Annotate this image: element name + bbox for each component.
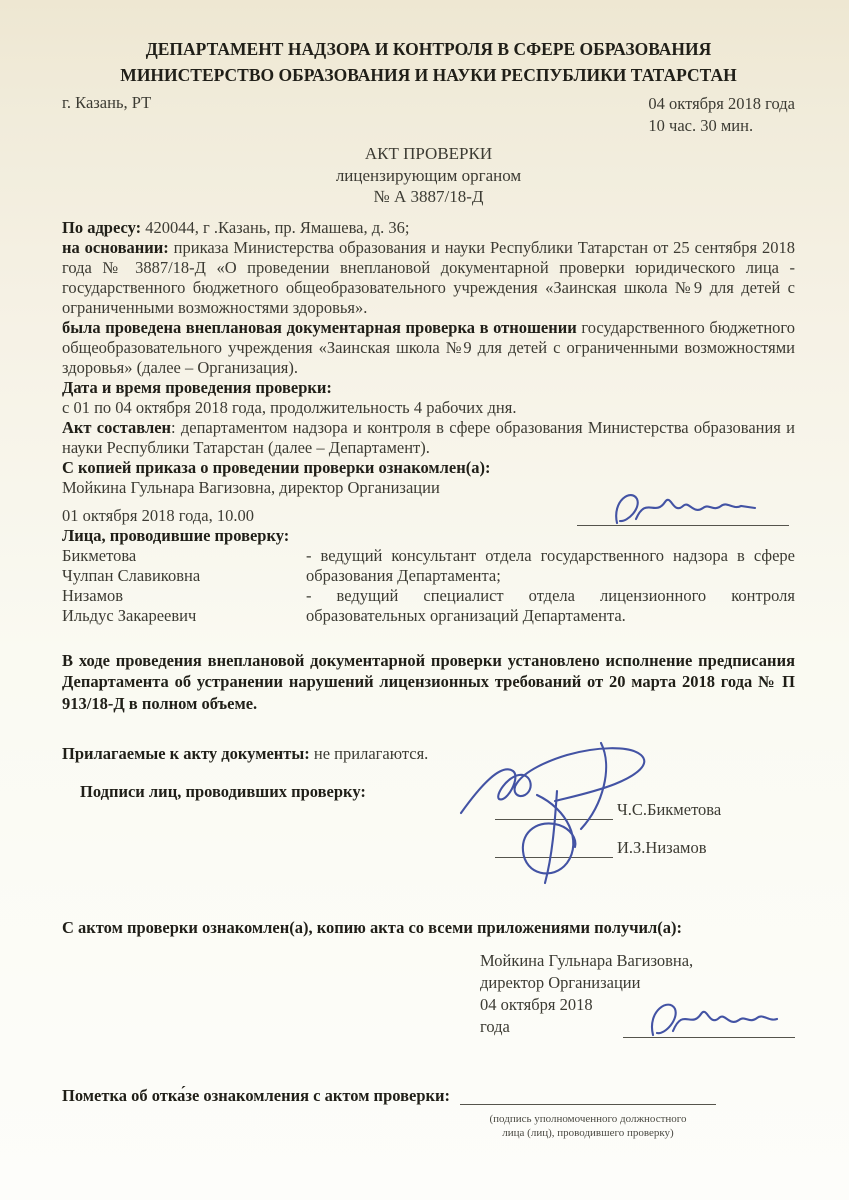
composed-label: Акт составлен xyxy=(62,418,171,437)
inspector-given-name: Чулпан Славиковна xyxy=(62,566,306,586)
copy-acquainted-label: С копией приказа о проведении проверки о… xyxy=(62,458,795,478)
refusal-caption: (подпись уполномоченного должностного ли… xyxy=(460,1113,716,1140)
document-time: 10 час. 30 мин. xyxy=(648,115,795,137)
copy-acquainted-person: Мойкина Гульнара Вагизовна, директор Орг… xyxy=(62,478,795,498)
document-subtitle: лицензирующим органом xyxy=(62,165,795,187)
date-time-block: 04 октября 2018 года 10 час. 30 мин. xyxy=(648,93,795,137)
refusal-signature-area: (подпись уполномоченного должностного ли… xyxy=(460,1086,716,1140)
acknowledgement-person: Мойкина Гульнара Вагизовна, xyxy=(480,950,795,972)
basis-text: приказа Министерства образования и науки… xyxy=(62,238,795,317)
inspector-name: Низамов Ильдус Закареевич xyxy=(62,586,306,626)
document-body: По адресу: 420044, г .Казань, пр. Ямашев… xyxy=(62,218,795,1141)
place-date-row: г. Казань, РТ 04 октября 2018 года 10 ча… xyxy=(62,93,795,137)
copy-acquainted-datetime: 01 октября 2018 года, 10.00 xyxy=(62,506,254,526)
conducted-paragraph: была проведена внеплановая документарная… xyxy=(62,318,795,378)
nizamov-signature-line xyxy=(495,857,613,858)
document-number: № А 3887/18-Д xyxy=(62,186,795,208)
composed-paragraph: Акт составлен: департаментом надзора и к… xyxy=(62,418,795,458)
acknowledgement-position: директор Организации xyxy=(480,972,795,994)
refusal-label: Пометка об отка́зе ознакомления с актом … xyxy=(62,1086,450,1106)
address-text: 420044, г .Казань, пр. Ямашева, д. 36; xyxy=(145,218,409,237)
issuing-authority-header: ДЕПАРТАМЕНТ НАДЗОРА И КОНТРОЛЯ В СФЕРЕ О… xyxy=(62,36,795,88)
signature-column: Ч.С.Бикметова И.З.Низамов xyxy=(495,782,795,876)
address-paragraph: По адресу: 420044, г .Казань, пр. Ямашев… xyxy=(62,218,795,238)
place-label: г. Казань, РТ xyxy=(62,93,151,137)
acknowledgement-section: С актом проверки ознакомлен(а), копию ак… xyxy=(62,918,795,1038)
inspector-name: Бикметова Чулпан Славиковна xyxy=(62,546,306,586)
inspectors-table: Бикметова Чулпан Славиковна - ведущий ко… xyxy=(62,546,795,626)
signatures-label: Подписи лиц, проводивших проверку: xyxy=(62,782,366,802)
document-date: 04 октября 2018 года xyxy=(648,93,795,115)
refusal-note-section: Пометка об отка́зе ознакомления с актом … xyxy=(62,1086,795,1140)
inspector-signatures-section: Подписи лиц, проводивших проверку: Ч.С.Б… xyxy=(62,782,795,876)
inspectors-label: Лица, проводившие проверку: xyxy=(62,526,795,546)
inspector-role: - ведущий специалист отдела лицензионног… xyxy=(306,586,795,626)
copy-acquainted-date-row: 01 октября 2018 года, 10.00 xyxy=(62,498,795,526)
inspector-role: - ведущий консультант отдела государстве… xyxy=(306,546,795,586)
bikmetova-signature-line xyxy=(495,819,613,820)
signer-name: Ч.С.Бикметова xyxy=(617,800,721,820)
acknowledgement-label: С актом проверки ознакомлен(а), копию ак… xyxy=(62,918,795,938)
datetime-text: с 01 по 04 октября 2018 года, продолжите… xyxy=(62,398,795,418)
basis-paragraph: на основании: приказа Министерства образ… xyxy=(62,238,795,318)
acknowledgement-date: 04 октября 2018 года xyxy=(480,994,615,1038)
signer-name: И.З.Низамов xyxy=(617,838,707,858)
composed-text: : департаментом надзора и контроля в сфе… xyxy=(62,418,795,457)
scanned-document-page: { "colors": { "ink_blue": "#4353a4", "te… xyxy=(0,0,849,1200)
basis-label: на основании: xyxy=(62,238,169,257)
attachments-text: не прилагаются. xyxy=(314,744,428,763)
director-ack-signature-line xyxy=(623,1037,795,1038)
acknowledgement-block: Мойкина Гульнара Вагизовна, директор Орг… xyxy=(480,950,795,1038)
conducted-label: была проведена внеплановая документарная… xyxy=(62,318,577,337)
document-title: АКТ ПРОВЕРКИ xyxy=(62,143,795,165)
attachments-label: Прилагаемые к акту документы: xyxy=(62,744,310,763)
conclusion-paragraph: В ходе проведения внеплановой документар… xyxy=(62,650,795,715)
inspector-surname: Низамов xyxy=(62,586,306,606)
ministry-name: МИНИСТЕРСТВО ОБРАЗОВАНИЯ И НАУКИ РЕСПУБЛ… xyxy=(62,62,795,88)
inspector-given-name: Ильдус Закареевич xyxy=(62,606,306,626)
refusal-signature-line xyxy=(460,1104,716,1105)
datetime-label: Дата и время проведения проверки: xyxy=(62,378,795,398)
document-title-block: АКТ ПРОВЕРКИ лицензирующим органом № А 3… xyxy=(62,143,795,208)
attachments-paragraph: Прилагаемые к акту документы: не прилага… xyxy=(62,744,795,764)
director-ack-signature-ink-icon xyxy=(639,995,789,1045)
inspector-surname: Бикметова xyxy=(62,546,306,566)
signer-row: Ч.С.Бикметова xyxy=(495,800,795,820)
address-label: По адресу: xyxy=(62,218,141,237)
acknowledgement-date-row: 04 октября 2018 года xyxy=(480,994,795,1038)
director-signature-line xyxy=(577,525,789,526)
signer-row: И.З.Низамов xyxy=(495,838,795,858)
department-name: ДЕПАРТАМЕНТ НАДЗОРА И КОНТРОЛЯ В СФЕРЕ О… xyxy=(62,36,795,62)
